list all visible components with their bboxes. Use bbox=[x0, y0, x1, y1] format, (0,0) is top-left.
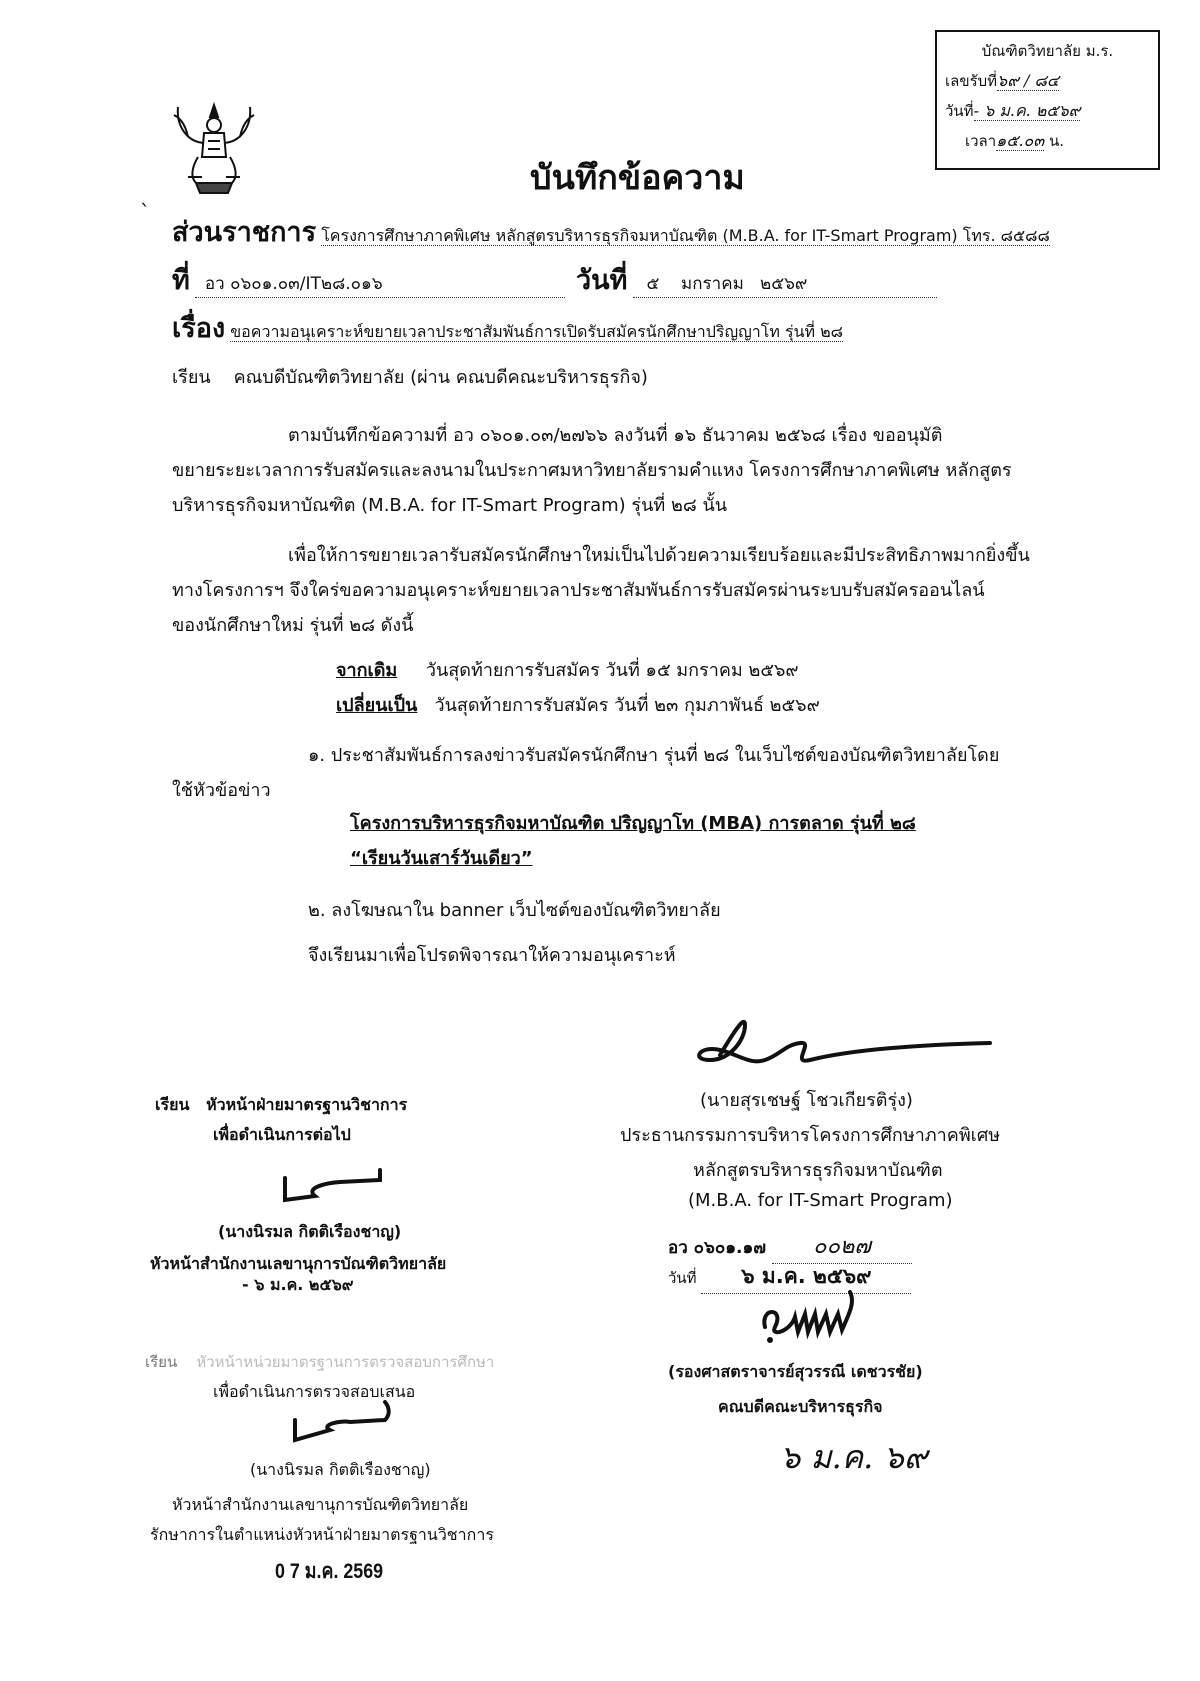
salutation-value: คณบดีบัณฑิตวิทยาลัย (ผ่าน คณบดีคณะบริหาร… bbox=[234, 367, 648, 388]
item-1-line-2: ใช้หัวข้อข่าว bbox=[172, 775, 271, 804]
signature-left-1-icon bbox=[280, 1168, 390, 1212]
subject-value: ขอความอนุเคราะห์ขยายเวลาประชาสัมพันธ์การ… bbox=[230, 322, 843, 342]
schedule-from-label: จากเดิม bbox=[336, 660, 397, 681]
agency-label: ส่วนราชการ bbox=[172, 217, 316, 248]
signature-dean-icon bbox=[760, 1292, 870, 1346]
stamp-number-value: ๖๙ / ๘๔ bbox=[997, 71, 1059, 91]
agency-value: โครงการศึกษาภาคพิเศษ หลักสูตรบริหารธุรกิ… bbox=[321, 226, 1050, 246]
date-value: ๕ มกราคม ๒๕๖๙ bbox=[633, 270, 937, 298]
stamp-time-row: เวลา๑๕.๐๓ น. bbox=[945, 126, 1150, 156]
dean-ref-prefix: อว ๐๖๐๑.๑๗ bbox=[668, 1238, 766, 1258]
date-day: ๕ bbox=[647, 274, 660, 294]
schedule-to-text: วันสุดท้ายการรับสมัคร วันที่ ๒๓ กุมภาพัน… bbox=[435, 695, 820, 716]
stamp-time-suffix: น. bbox=[1049, 132, 1064, 150]
stamp-office: บัณฑิตวิทยาลัย ม.ร. bbox=[945, 36, 1150, 66]
paragraph-2-line-2: ทางโครงการฯ จึงใคร่ขอความอนุเคราะห์ขยายเ… bbox=[172, 575, 985, 604]
subject-label: เรื่อง bbox=[172, 313, 225, 344]
schedule-to-label: เปลี่ยนเป็น bbox=[336, 695, 417, 716]
document-title: บันทึกข้อความ bbox=[530, 150, 745, 204]
dean-date-label: วันที่ bbox=[668, 1269, 697, 1287]
salutation-label: เรียน bbox=[172, 367, 211, 388]
date-year: ๒๕๖๙ bbox=[760, 274, 807, 294]
left-2-name: (นางนิรมล กิตติเรืองชาญ) bbox=[250, 1458, 431, 1483]
garuda-emblem-icon bbox=[168, 97, 260, 197]
left-endorsement-2-to: เรียน หัวหน้าหน่วยมาตรฐานการตรวจสอบการศึ… bbox=[145, 1350, 494, 1374]
stamp-time-value: ๑๕.๐๓ bbox=[996, 131, 1044, 151]
subject-row: เรื่อง ขอความอนุเคราะห์ขยายเวลาประชาสัมพ… bbox=[172, 306, 843, 349]
left-2-acting: รักษาการในตำแหน่งหัวหน้าฝ่ายมาตรฐานวิชาก… bbox=[150, 1523, 494, 1548]
signature-main-icon bbox=[690, 1015, 990, 1079]
dean-date-row: วันที่ ๖ ม.ค. ๒๕๖๙ bbox=[668, 1260, 911, 1294]
paragraph-1-line-2: ขยายระยะเวลาการรับสมัครและลงนามในประกาศม… bbox=[172, 455, 1012, 484]
agency-row: ส่วนราชการ โครงการศึกษาภาคพิเศษ หลักสูตร… bbox=[172, 210, 1050, 253]
dean-ref-number: ๐๐๒๗ bbox=[772, 1228, 912, 1264]
item-2: ๒. ลงโฆษณาใน banner เว็บไซต์ของบัณฑิตวิท… bbox=[308, 895, 721, 924]
left-1-name: (นางนิรมล กิตติเรืองชาญ) bbox=[218, 1220, 401, 1245]
signer-main-position-3: (M.B.A. for IT-Smart Program) bbox=[688, 1190, 953, 1211]
schedule-to: เปลี่ยนเป็น วันสุดท้ายการรับสมัคร วันที่… bbox=[336, 690, 820, 719]
signature-left-2-icon bbox=[290, 1400, 400, 1449]
signer-main-position-1: ประธานกรรมการบริหารโครงการศึกษาภาคพิเศษ bbox=[620, 1120, 1000, 1149]
left-1-recipient: หัวหน้าฝ่ายมาตรฐานวิชาการ bbox=[206, 1095, 407, 1114]
left-2-label: เรียน bbox=[145, 1353, 177, 1371]
receipt-stamp: บัณฑิตวิทยาลัย ม.ร. เลขรับที่๖๙ / ๘๔ วัน… bbox=[935, 30, 1160, 170]
stamp-time-label: เวลา bbox=[965, 132, 996, 150]
left-1-action: เพื่อดำเนินการต่อไป bbox=[213, 1123, 351, 1148]
ref-label: ที่ bbox=[172, 265, 190, 296]
dean-handwritten-date: ๖ ม.ค. ๖๙ bbox=[780, 1432, 927, 1483]
headline-2: “เรียนวันเสาร์วันเดียว” bbox=[350, 843, 533, 872]
dean-name: (รองศาสตราจารย์สุวรรณี เดชวรชัย) bbox=[668, 1360, 923, 1385]
date-label: วันที่ bbox=[576, 265, 627, 296]
paragraph-1-line-1: ตามบันทึกข้อความที่ อว ๐๖๐๑.๐๓/๒๗๖๖ ลงวั… bbox=[288, 420, 942, 449]
schedule-from: จากเดิม วันสุดท้ายการรับสมัคร วันที่ ๑๕ … bbox=[336, 655, 799, 684]
stamp-date-label: วันที่ bbox=[945, 102, 974, 120]
schedule-from-text: วันสุดท้ายการรับสมัคร วันที่ ๑๕ มกราคม ๒… bbox=[426, 660, 799, 681]
stamp-number-row: เลขรับที่๖๙ / ๘๔ bbox=[945, 66, 1150, 96]
left-1-date: - ๖ ม.ค. ๒๕๖๙ bbox=[242, 1273, 353, 1298]
closing-line: จึงเรียนมาเพื่อโปรดพิจารณาให้ความอนุเครา… bbox=[308, 940, 676, 969]
paragraph-2-line-1: เพื่อให้การขยายเวลารับสมัครนักศึกษาใหม่เ… bbox=[288, 540, 1030, 569]
ref-row: ที่ อว ๐๖๐๑.๐๓/IT๒๘.๐๑๖ วันที่ ๕ มกราคม … bbox=[172, 258, 1122, 301]
salutation: เรียน คณบดีบัณฑิตวิทยาลัย (ผ่าน คณบดีคณะ… bbox=[172, 362, 648, 391]
left-2-date-stamp: 0 7 ม.ค. 2569 bbox=[275, 1555, 383, 1588]
stamp-number-label: เลขรับที่ bbox=[945, 72, 997, 90]
scan-mark: ` bbox=[140, 200, 150, 224]
ref-value: อว ๐๖๐๑.๐๓/IT๒๘.๐๑๖ bbox=[195, 270, 565, 298]
dean-position: คณบดีคณะบริหารธุรกิจ bbox=[718, 1395, 883, 1420]
paragraph-2-line-3: ของนักศึกษาใหม่ รุ่นที่ ๒๘ ดังนี้ bbox=[172, 610, 413, 639]
left-2-recipient: หัวหน้าหน่วยมาตรฐานการตรวจสอบการศึกษา bbox=[196, 1353, 494, 1371]
left-1-label: เรียน bbox=[155, 1095, 189, 1114]
stamp-date-row: วันที่- ๖ ม.ค. ๒๕๖๙ bbox=[945, 96, 1150, 126]
left-2-position: หัวหน้าสำนักงานเลขานุการบัณฑิตวิทยาลัย bbox=[172, 1493, 468, 1518]
dean-ref-row: อว ๐๖๐๑.๑๗ ๐๐๒๗ bbox=[668, 1228, 912, 1264]
signer-main-position-2: หลักสูตรบริหารธุรกิจมหาบัณฑิต bbox=[693, 1155, 943, 1184]
left-endorsement-1-to: เรียน หัวหน้าฝ่ายมาตรฐานวิชาการ bbox=[155, 1093, 407, 1118]
stamp-date-value: - ๖ ม.ค. ๒๕๖๙ bbox=[974, 101, 1081, 121]
date-month: มกราคม bbox=[681, 274, 744, 294]
signer-main-name: (นายสุรเชษฐ์ โชวเกียรติรุ่ง) bbox=[700, 1085, 913, 1114]
dean-date-value: ๖ ม.ค. ๒๕๖๙ bbox=[701, 1260, 911, 1294]
item-1-line-1: ๑. ประชาสัมพันธ์การลงข่าวรับสมัครนักศึกษ… bbox=[308, 740, 999, 769]
paragraph-1-line-3: บริหารธุรกิจมหาบัณฑิต (M.B.A. for IT-Sma… bbox=[172, 490, 727, 519]
headline-1: โครงการบริหารธุรกิจมหาบัณฑิต ปริญญาโท (M… bbox=[350, 808, 916, 837]
